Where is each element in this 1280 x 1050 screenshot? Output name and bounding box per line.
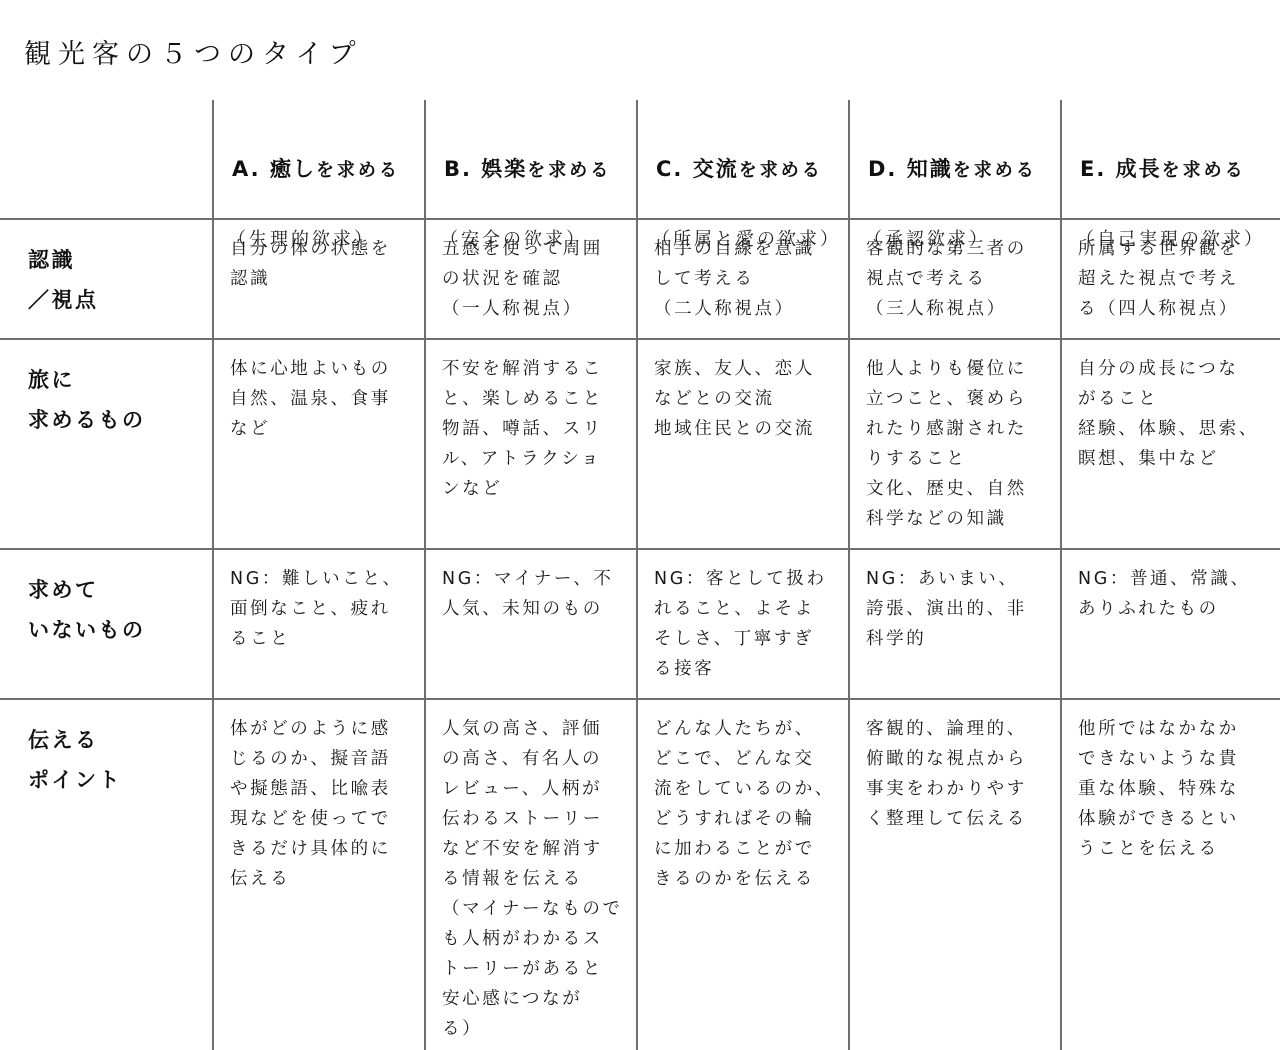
table-cell: NG：客として扱わ れること、よそよ そしさ、丁寧すぎ る接客	[636, 550, 848, 700]
table-cell: 五感を使って周囲 の状況を確認 （一人称視点）	[424, 220, 636, 340]
table-cell: 不安を解消するこ と、楽しめること 物語、噂話、スリ ル、アトラクショ ンなど	[424, 340, 636, 550]
table-cell: NG：普通、常識、 ありふれたもの	[1060, 550, 1280, 700]
column-header-title: B. 娯楽を求める	[444, 152, 630, 188]
table-cell: 自分の成長につな がること 経験、体験、思索、 瞑想、集中など	[1060, 340, 1280, 550]
table-cell: 他人よりも優位に 立つこと、褒めら れたり感謝された りすること 文化、歴史、自…	[848, 340, 1060, 550]
column-header-title: A. 癒しを求める	[232, 152, 418, 188]
column-header-e: E. 成長を求める （自己実現の欲求）	[1060, 100, 1280, 220]
row-label-perspective: 認識 ／視点	[0, 220, 212, 340]
column-header-title: E. 成長を求める	[1080, 152, 1274, 188]
table-cell: NG：難しいこと、 面倒なこと、疲れ ること	[212, 550, 424, 700]
table-cell: 客観的、論理的、 俯瞰的な視点から 事実をわかりやす く整理して伝える	[848, 700, 1060, 1050]
table-cell: 体がどのように感 じるのか、擬音語 や擬態語、比喩表 現などを使ってで きるだけ…	[212, 700, 424, 1050]
table-cell: 自分の体の状態を 認識	[212, 220, 424, 340]
table-cell: 所属する世界観を 超えた視点で考え る（四人称視点）	[1060, 220, 1280, 340]
table-cell: NG：あいまい、 誇張、演出的、非 科学的	[848, 550, 1060, 700]
table-cell: NG：マイナー、不 人気、未知のもの	[424, 550, 636, 700]
table-cell: 家族、友人、恋人 などとの交流 地域住民との交流	[636, 340, 848, 550]
row-label-not-wanted: 求めて いないもの	[0, 550, 212, 700]
column-header-c: C. 交流を求める （所属と愛の欲求）	[636, 100, 848, 220]
table-cell: どんな人たちが、 どこで、どんな交 流をしているのか、 どうすればその輪 に加わ…	[636, 700, 848, 1050]
row-label-key-points: 伝える ポイント	[0, 700, 212, 1050]
tourist-types-table: A. 癒しを求める （生理的欲求） B. 娯楽を求める （安全の欲求） C. 交…	[0, 100, 1280, 1050]
page-title: 観光客の５つのタイプ	[24, 32, 363, 71]
table-cell: 体に心地よいもの 自然、温泉、食事 など	[212, 340, 424, 550]
table-cell: 客観的な第三者の 視点で考える （三人称視点）	[848, 220, 1060, 340]
table-corner-cell	[0, 100, 212, 220]
table-cell: 他所ではなかなか できないような貴 重な体験、特殊な 体験ができるとい うことを…	[1060, 700, 1280, 1050]
column-header-b: B. 娯楽を求める （安全の欲求）	[424, 100, 636, 220]
column-header-a: A. 癒しを求める （生理的欲求）	[212, 100, 424, 220]
column-header-title: C. 交流を求める	[656, 152, 842, 188]
column-header-title: D. 知識を求める	[868, 152, 1054, 188]
column-header-d: D. 知識を求める （承認欲求）	[848, 100, 1060, 220]
table-cell: 人気の高さ、評価 の高さ、有名人の レビュー、人柄が 伝わるストーリー など不安…	[424, 700, 636, 1050]
row-label-travel-wants: 旅に 求めるもの	[0, 340, 212, 550]
table-cell: 相手の目線を意識 して考える （二人称視点）	[636, 220, 848, 340]
